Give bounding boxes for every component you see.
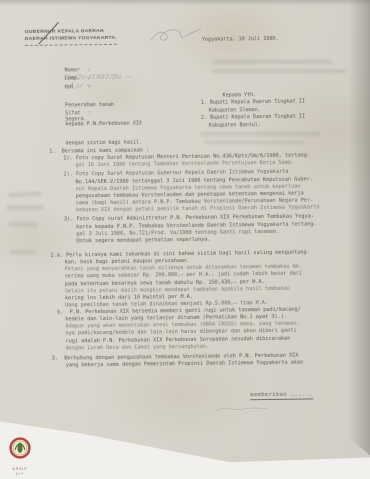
body-paragraph-3: 3. Berhubung dengan pengusahaan tembakau… [2, 352, 370, 371]
letterhead-line2: DAERAH ISTIMEWA YOGYAKARTA. [25, 35, 117, 43]
date-line: Yogyakarta, 10 Juli 1980. [202, 36, 279, 43]
archive-stamp: ARSIP DIY [5, 436, 35, 477]
body-paragraph-1: 1. Bersama ini kami sampaikan : 1). Foto… [0, 145, 370, 247]
meta-hal-line: dengan sistim bagi hasil. [65, 140, 142, 148]
recipient-line: Kabupaten Bantul. [195, 121, 355, 130]
bottom-scribble-icon [212, 401, 272, 416]
stamp-text-line2: DIY [5, 472, 35, 476]
catchword: memberikan ...... [250, 391, 313, 399]
body-paragraph-2a: 2.a. Perlu kiranya kami tekankan di sini… [0, 249, 370, 311]
stamp-text-line1: ARSIP [5, 467, 35, 471]
meta-block: Nomor: Na/2c-/1981/Ba — Lamp.: - 4 c/ — … [46, 60, 196, 62]
stamp-emblem-icon [7, 436, 33, 462]
meta-row-sifat: Sifat: Segera. [47, 104, 92, 129]
meta-sifat-value: Segera. [65, 116, 87, 122]
document-content: GUBERNUR KEPALA DAERAH DAERAH ISTIMEWA Y… [0, 0, 370, 479]
recipient-block: Kepada Yth. 1. Bupati Kepala Daerah Ting… [195, 91, 355, 130]
letterhead: GUBERNUR KEPALA DAERAH DAERAH ISTIMEWA Y… [25, 29, 118, 46]
body-paragraph-b: b. P.N. Perkebunan XIX bersedia memberi … [1, 306, 370, 353]
handwritten-scribble-icon [148, 22, 204, 49]
meta-separator: : [88, 110, 91, 116]
letterhead-rule [25, 44, 117, 46]
